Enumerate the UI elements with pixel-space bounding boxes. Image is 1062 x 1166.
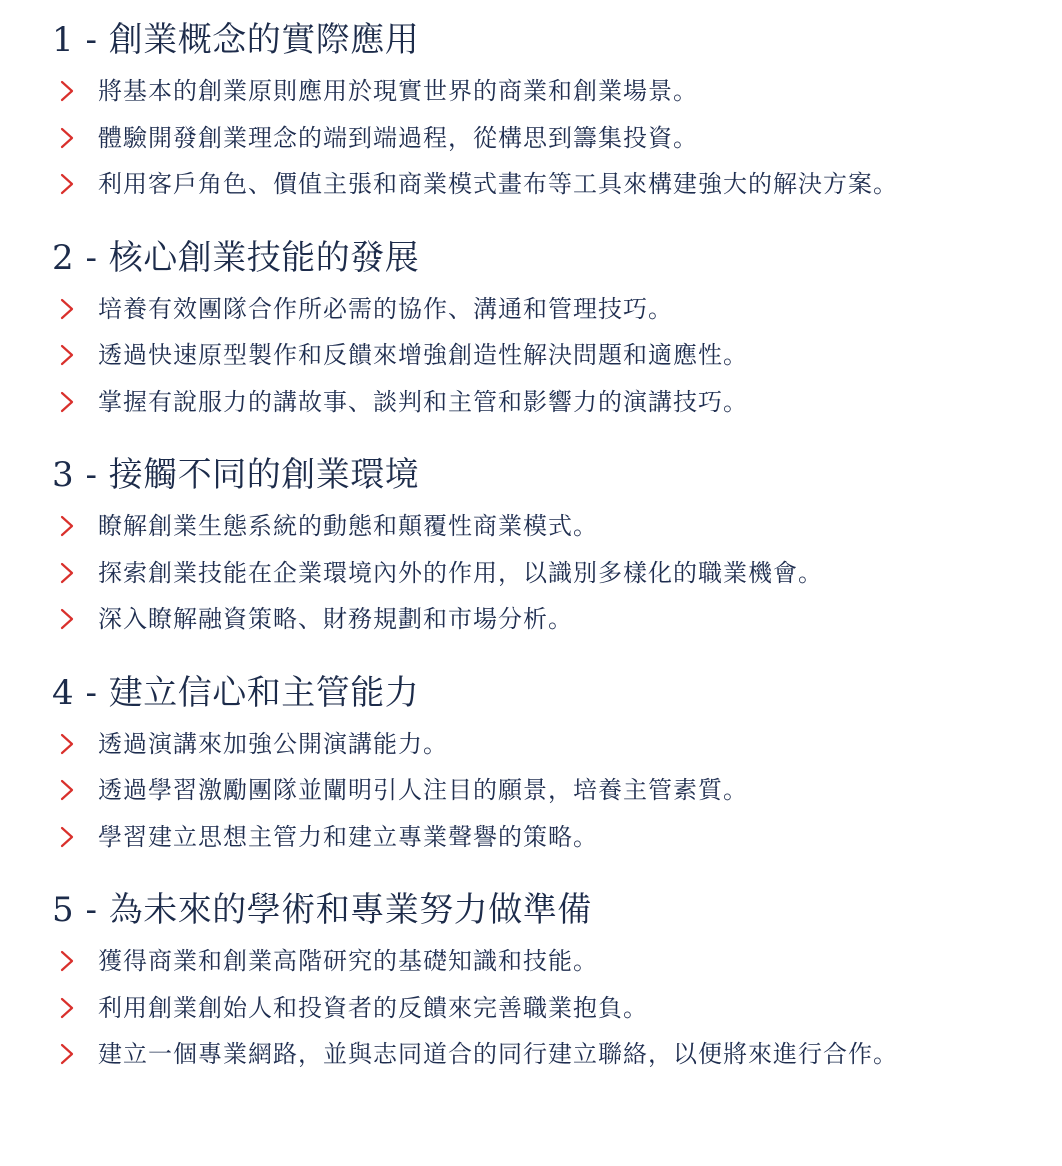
bullet-item: 掌握有說服力的講故事、談判和主管和影響力的演講技巧。 bbox=[52, 379, 1042, 426]
bullet-text: 獲得商業和創業高階研究的基礎知識和技能。 bbox=[98, 946, 598, 976]
chevron-right-icon bbox=[56, 514, 78, 538]
section-separator: - bbox=[74, 890, 109, 930]
chevron-right-icon bbox=[56, 126, 78, 150]
bullet-list: 透過演講來加強公開演講能力。 透過學習激勵團隊並闡明引人注目的願景，培養主管素質… bbox=[52, 721, 1042, 861]
section-title: 1 - 創業概念的實際應用 bbox=[52, 16, 1042, 64]
bullet-text: 深入瞭解融資策略、財務規劃和市場分析。 bbox=[98, 604, 573, 634]
bullet-item: 透過學習激勵團隊並闡明引人注目的願景，培養主管素質。 bbox=[52, 767, 1042, 814]
section-title: 5 - 為未來的學術和專業努力做準備 bbox=[52, 886, 1042, 934]
bullet-text: 透過演講來加強公開演講能力。 bbox=[98, 729, 448, 759]
section-title-text: 建立信心和主管能力 bbox=[109, 673, 420, 713]
section-title: 3 - 接觸不同的創業環境 bbox=[52, 451, 1042, 499]
outcome-section-4: 4 - 建立信心和主管能力 透過演講來加強公開演講能力。 透過學習激勵團隊並闡明… bbox=[52, 669, 1042, 861]
bullet-text: 透過快速原型製作和反饋來增強創造性解決問題和適應性。 bbox=[98, 340, 748, 370]
bullet-item: 探索創業技能在企業環境內外的作用，以識別多樣化的職業機會。 bbox=[52, 550, 1042, 597]
bullet-item: 利用創業創始人和投資者的反饋來完善職業抱負。 bbox=[52, 985, 1042, 1032]
chevron-right-icon bbox=[56, 732, 78, 756]
chevron-right-icon bbox=[56, 1042, 78, 1066]
bullet-item: 深入瞭解融資策略、財務規劃和市場分析。 bbox=[52, 596, 1042, 643]
bullet-item: 瞭解創業生態系統的動態和顛覆性商業模式。 bbox=[52, 503, 1042, 550]
bullet-text: 瞭解創業生態系統的動態和顛覆性商業模式。 bbox=[98, 511, 598, 541]
chevron-right-icon bbox=[56, 390, 78, 414]
chevron-right-icon bbox=[56, 561, 78, 585]
section-number: 4 bbox=[52, 673, 74, 713]
section-number: 1 bbox=[52, 20, 74, 60]
section-title: 2 - 核心創業技能的發展 bbox=[52, 234, 1042, 282]
chevron-right-icon bbox=[56, 949, 78, 973]
chevron-right-icon bbox=[56, 607, 78, 631]
section-title-text: 為未來的學術和專業努力做準備 bbox=[109, 890, 592, 930]
bullet-text: 透過學習激勵團隊並闡明引人注目的願景，培養主管素質。 bbox=[98, 775, 748, 805]
chevron-right-icon bbox=[56, 343, 78, 367]
bullet-list: 將基本的創業原則應用於現實世界的商業和創業場景。 體驗開發創業理念的端到端過程，… bbox=[52, 68, 1042, 208]
section-separator: - bbox=[74, 455, 109, 495]
section-title: 4 - 建立信心和主管能力 bbox=[52, 669, 1042, 717]
bullet-item: 透過快速原型製作和反饋來增強創造性解決問題和適應性。 bbox=[52, 332, 1042, 379]
section-title-text: 接觸不同的創業環境 bbox=[109, 455, 420, 495]
chevron-right-icon bbox=[56, 79, 78, 103]
bullet-list: 瞭解創業生態系統的動態和顛覆性商業模式。 探索創業技能在企業環境內外的作用，以識… bbox=[52, 503, 1042, 643]
bullet-item: 培養有效團隊合作所必需的協作、溝通和管理技巧。 bbox=[52, 286, 1042, 333]
bullet-text: 建立一個專業網路，並與志同道合的同行建立聯絡，以便將來進行合作。 bbox=[98, 1039, 898, 1069]
bullet-item: 利用客戶角色、價值主張和商業模式畫布等工具來構建強大的解決方案。 bbox=[52, 161, 1042, 208]
section-number: 3 bbox=[52, 455, 74, 495]
outcome-section-3: 3 - 接觸不同的創業環境 瞭解創業生態系統的動態和顛覆性商業模式。 探索創業技… bbox=[52, 451, 1042, 643]
chevron-right-icon bbox=[56, 825, 78, 849]
section-number: 5 bbox=[52, 890, 74, 930]
bullet-text: 探索創業技能在企業環境內外的作用，以識別多樣化的職業機會。 bbox=[98, 558, 823, 588]
outcome-section-2: 2 - 核心創業技能的發展 培養有效團隊合作所必需的協作、溝通和管理技巧。 透過… bbox=[52, 234, 1042, 426]
bullet-item: 體驗開發創業理念的端到端過程，從構思到籌集投資。 bbox=[52, 115, 1042, 162]
chevron-right-icon bbox=[56, 996, 78, 1020]
bullet-text: 掌握有說服力的講故事、談判和主管和影響力的演講技巧。 bbox=[98, 387, 748, 417]
bullet-text: 培養有效團隊合作所必需的協作、溝通和管理技巧。 bbox=[98, 294, 673, 324]
section-title-text: 創業概念的實際應用 bbox=[109, 20, 420, 60]
section-separator: - bbox=[74, 238, 109, 278]
bullet-item: 透過演講來加強公開演講能力。 bbox=[52, 721, 1042, 768]
outcome-section-1: 1 - 創業概念的實際應用 將基本的創業原則應用於現實世界的商業和創業場景。 體… bbox=[52, 16, 1042, 208]
outcome-section-5: 5 - 為未來的學術和專業努力做準備 獲得商業和創業高階研究的基礎知識和技能。 … bbox=[52, 886, 1042, 1078]
section-title-text: 核心創業技能的發展 bbox=[109, 238, 420, 278]
bullet-text: 利用創業創始人和投資者的反饋來完善職業抱負。 bbox=[98, 993, 648, 1023]
bullet-text: 體驗開發創業理念的端到端過程，從構思到籌集投資。 bbox=[98, 123, 698, 153]
bullet-list: 獲得商業和創業高階研究的基礎知識和技能。 利用創業創始人和投資者的反饋來完善職業… bbox=[52, 938, 1042, 1078]
bullet-item: 將基本的創業原則應用於現實世界的商業和創業場景。 bbox=[52, 68, 1042, 115]
bullet-text: 學習建立思想主管力和建立專業聲譽的策略。 bbox=[98, 822, 598, 852]
chevron-right-icon bbox=[56, 778, 78, 802]
bullet-text: 將基本的創業原則應用於現實世界的商業和創業場景。 bbox=[98, 76, 698, 106]
bullet-text: 利用客戶角色、價值主張和商業模式畫布等工具來構建強大的解決方案。 bbox=[98, 169, 898, 199]
chevron-right-icon bbox=[56, 297, 78, 321]
section-separator: - bbox=[74, 20, 109, 60]
bullet-item: 學習建立思想主管力和建立專業聲譽的策略。 bbox=[52, 814, 1042, 861]
chevron-right-icon bbox=[56, 172, 78, 196]
section-separator: - bbox=[74, 673, 109, 713]
learning-outcomes: 1 - 創業概念的實際應用 將基本的創業原則應用於現實世界的商業和創業場景。 體… bbox=[52, 16, 1042, 1078]
bullet-list: 培養有效團隊合作所必需的協作、溝通和管理技巧。 透過快速原型製作和反饋來增強創造… bbox=[52, 286, 1042, 426]
bullet-item: 獲得商業和創業高階研究的基礎知識和技能。 bbox=[52, 938, 1042, 985]
bullet-item: 建立一個專業網路，並與志同道合的同行建立聯絡，以便將來進行合作。 bbox=[52, 1031, 1042, 1078]
section-number: 2 bbox=[52, 238, 74, 278]
